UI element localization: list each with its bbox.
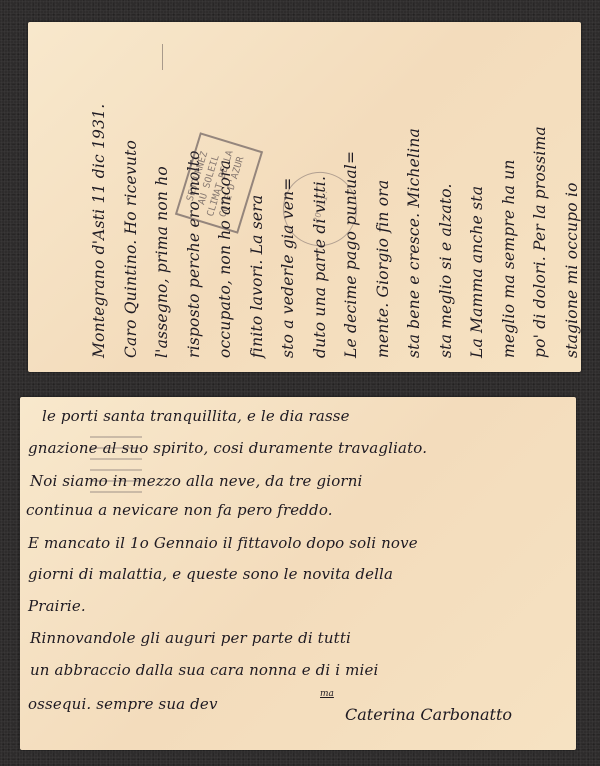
postcard-front: Montegrano d'Asti 11 dic 1931.Caro Quint… bbox=[28, 22, 581, 372]
front-text-line: sta bene e cresce. Michelina bbox=[405, 128, 423, 358]
back-text-line: Noi siamo in mezzo alla neve, da tre gio… bbox=[30, 472, 362, 490]
front-text-line: sta meglio si e alzato. bbox=[437, 183, 455, 358]
signature-superscript: ma bbox=[320, 689, 334, 699]
back-text-line: ossequi. sempre sua dev bbox=[28, 695, 218, 713]
circular-cancel-text: · 20 · 31 · bbox=[309, 190, 331, 229]
back-text-line: continua a nevicare non fa pero freddo. bbox=[26, 501, 333, 519]
front-text-line: l'assegno, prima non ho bbox=[153, 166, 171, 358]
front-text-line: po' di dolori. Per la prossima bbox=[531, 126, 549, 358]
back-text-line: E mancato il 1o Gennaio il fittavolo dop… bbox=[28, 534, 418, 552]
back-text-line: gnazione al suo spirito, cosi duramente … bbox=[28, 439, 427, 457]
signature: Caterina Carbonatto bbox=[345, 705, 512, 724]
back-text-line: giorni di malattia, e queste sono le nov… bbox=[28, 565, 393, 583]
front-text-line: La Mamma anche sta bbox=[468, 186, 486, 358]
front-text-line: stagione mi occupo io bbox=[563, 182, 581, 358]
back-text-line: Prairie. bbox=[28, 597, 86, 615]
front-text-line: Montegrano d'Asti 11 dic 1931. bbox=[90, 104, 108, 358]
front-text-line: Caro Quintino. Ho ricevuto bbox=[122, 140, 140, 358]
front-text-line: meglio ma sempre ha un bbox=[500, 159, 518, 358]
back-text-line: Rinnovandole gli auguri per parte di tut… bbox=[30, 629, 351, 647]
postcard-back: le porti santa tranquillita, e le dia ra… bbox=[20, 397, 576, 750]
back-text-line: le porti santa tranquillita, e le dia ra… bbox=[42, 407, 350, 425]
back-text-line: un abbraccio dalla sua cara nonna e di i… bbox=[30, 661, 378, 679]
front-text-line: mente. Giorgio fin ora bbox=[374, 180, 392, 358]
front-text-line: finito lavori. La sera bbox=[248, 195, 266, 358]
